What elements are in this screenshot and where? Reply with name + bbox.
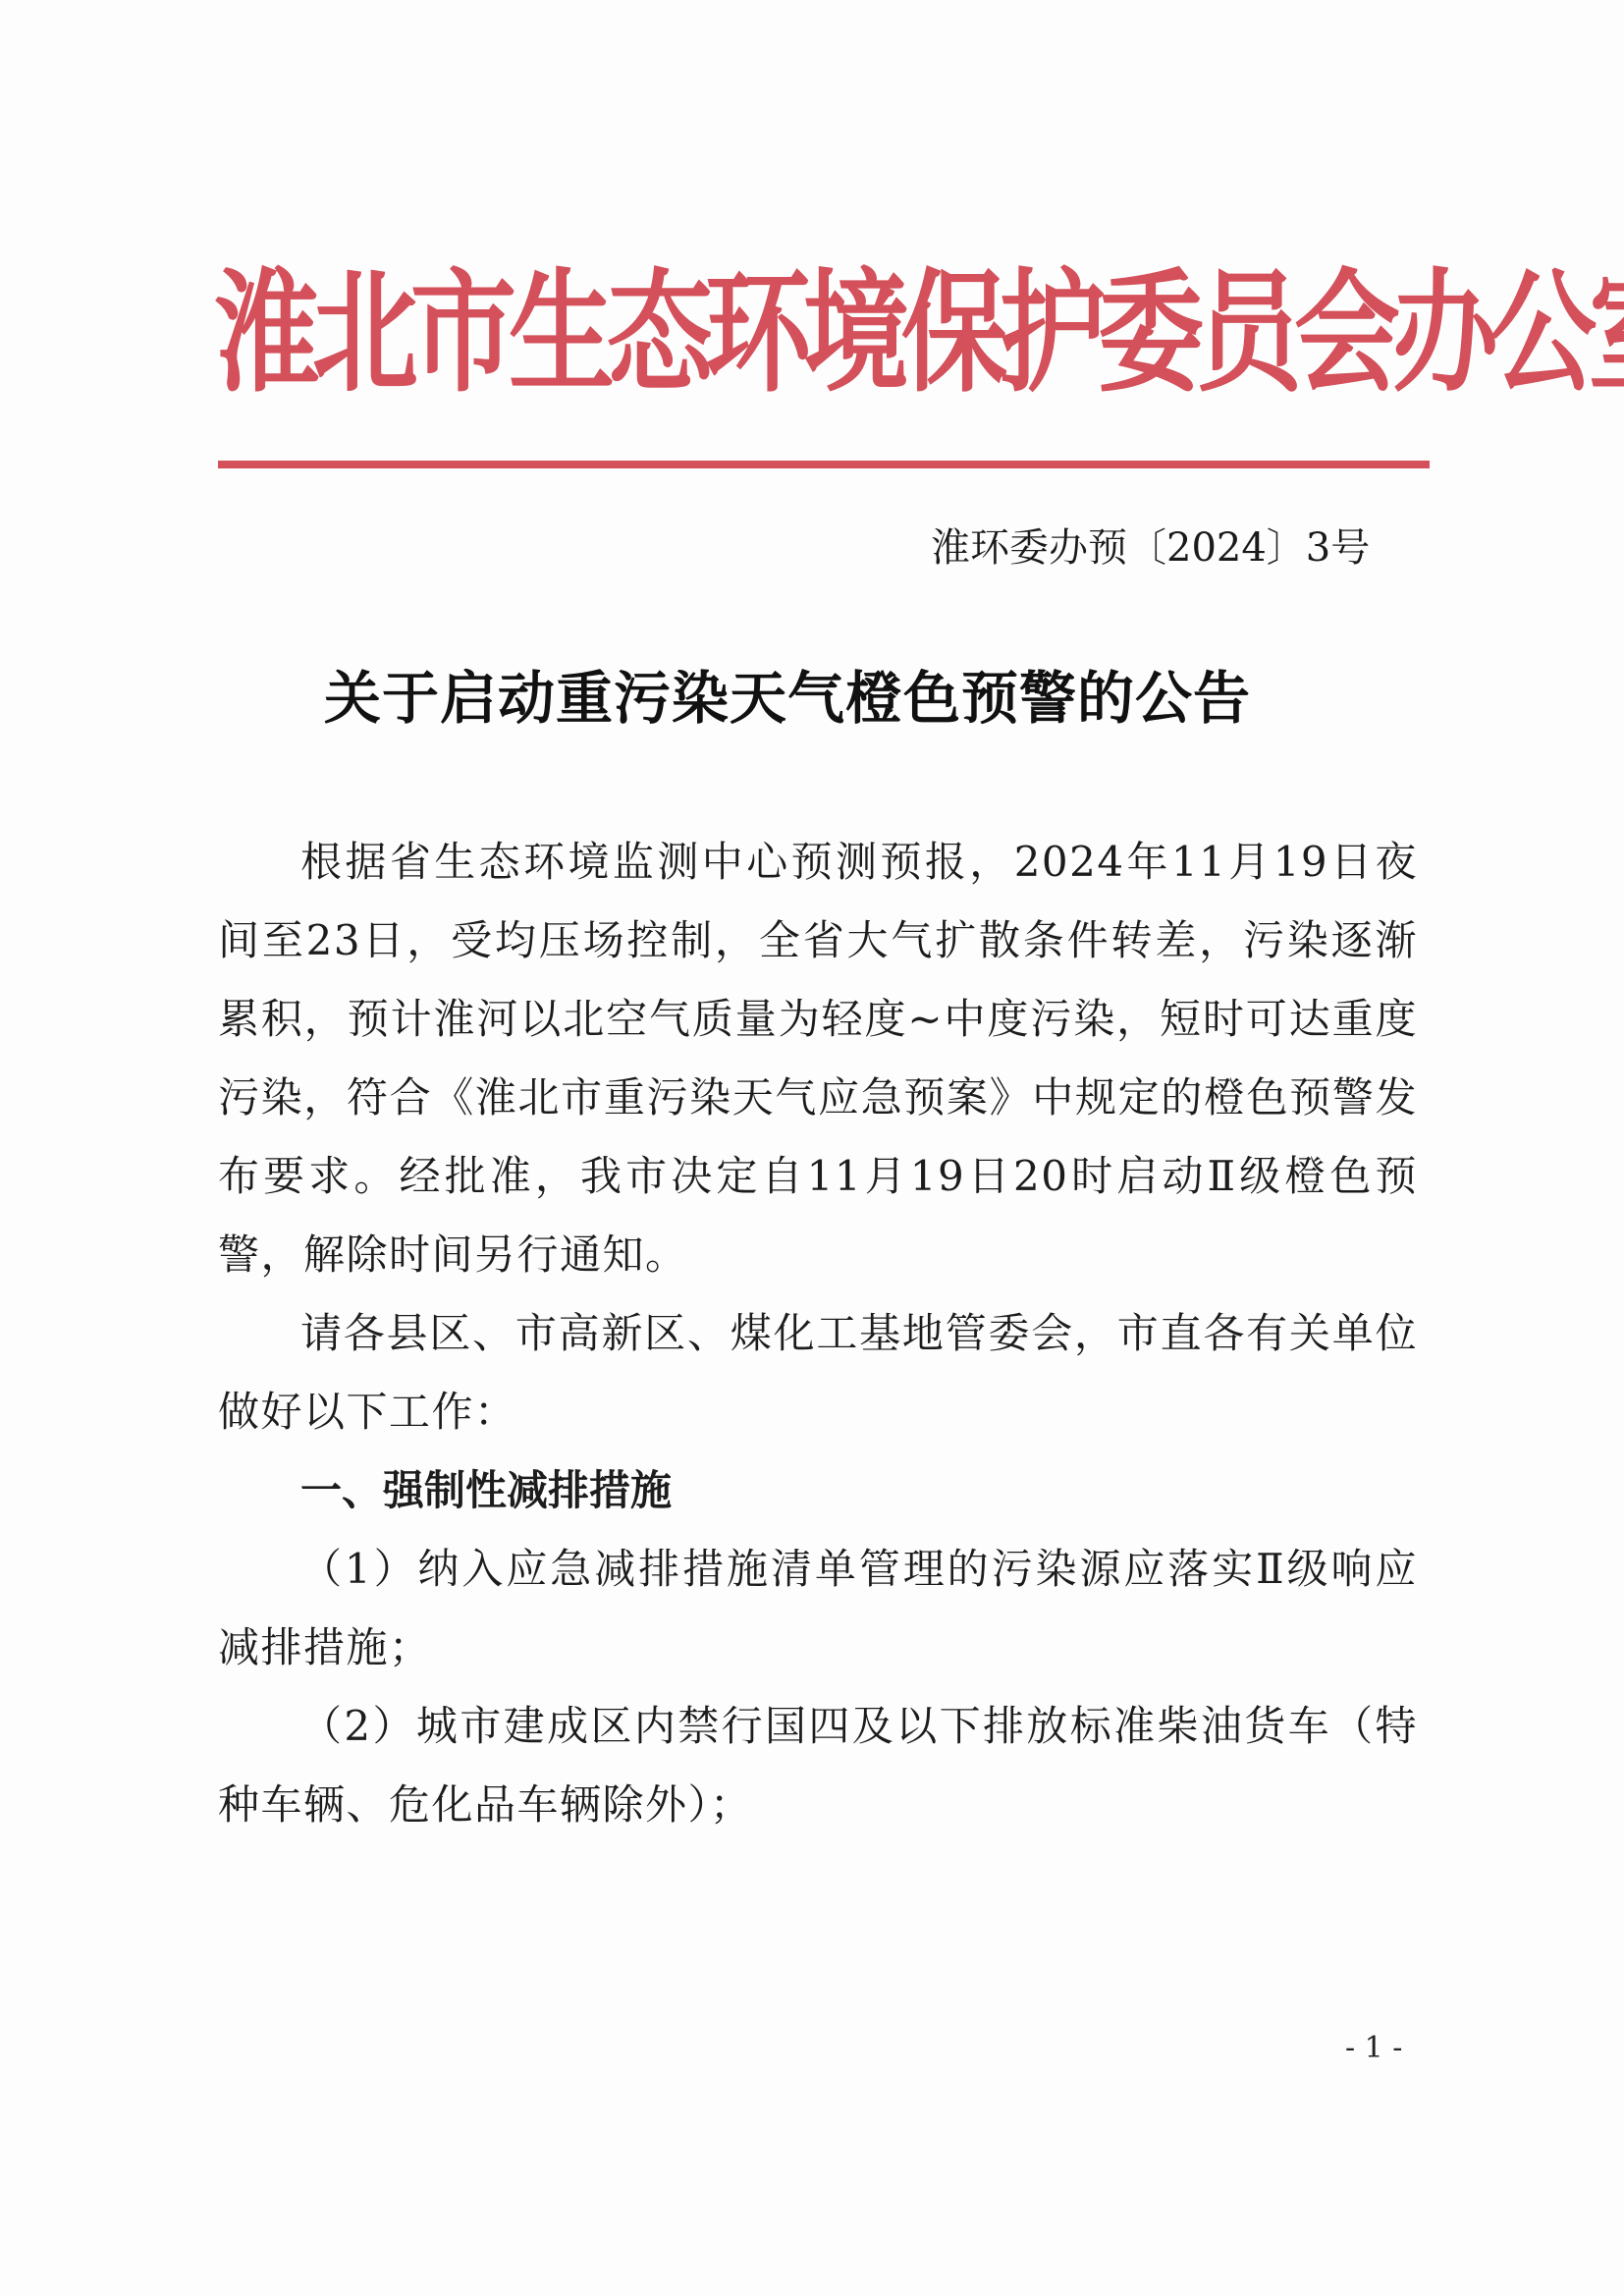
list-item-measure-2: （2）城市建成区内禁行国四及以下排放标准柴油货车（特种车辆、危化品车辆除外）； [218,1687,1418,1844]
section-heading-mandatory-measures: 一、强制性减排措施 [218,1451,1418,1530]
issuing-organization-header: 淮北市生态环境保护委员会办公室 [214,250,1432,422]
document-body: 根据省生态环境监测中心预测预报，2024年11月19日夜间至23日，受均压场控制… [218,823,1418,1844]
red-divider-line [218,461,1430,468]
document-page: 淮北市生态环境保护委员会办公室 淮环委办预〔2024〕3号 关于启动重污染天气橙… [0,0,1624,2296]
document-number: 淮环委办预〔2024〕3号 [931,520,1370,575]
page-number: - 1 - [1345,2029,1402,2068]
paragraph-request: 请各县区、市高新区、煤化工基地管委会，市直各有关单位做好以下工作： [218,1294,1418,1451]
document-title: 关于启动重污染天气橙色预警的公告 [324,660,1306,738]
paragraph-forecast: 根据省生态环境监测中心预测预报，2024年11月19日夜间至23日，受均压场控制… [218,823,1418,1294]
list-item-measure-1: （1）纳入应急减排措施清单管理的污染源应落实Ⅱ级响应减排措施； [218,1530,1418,1687]
